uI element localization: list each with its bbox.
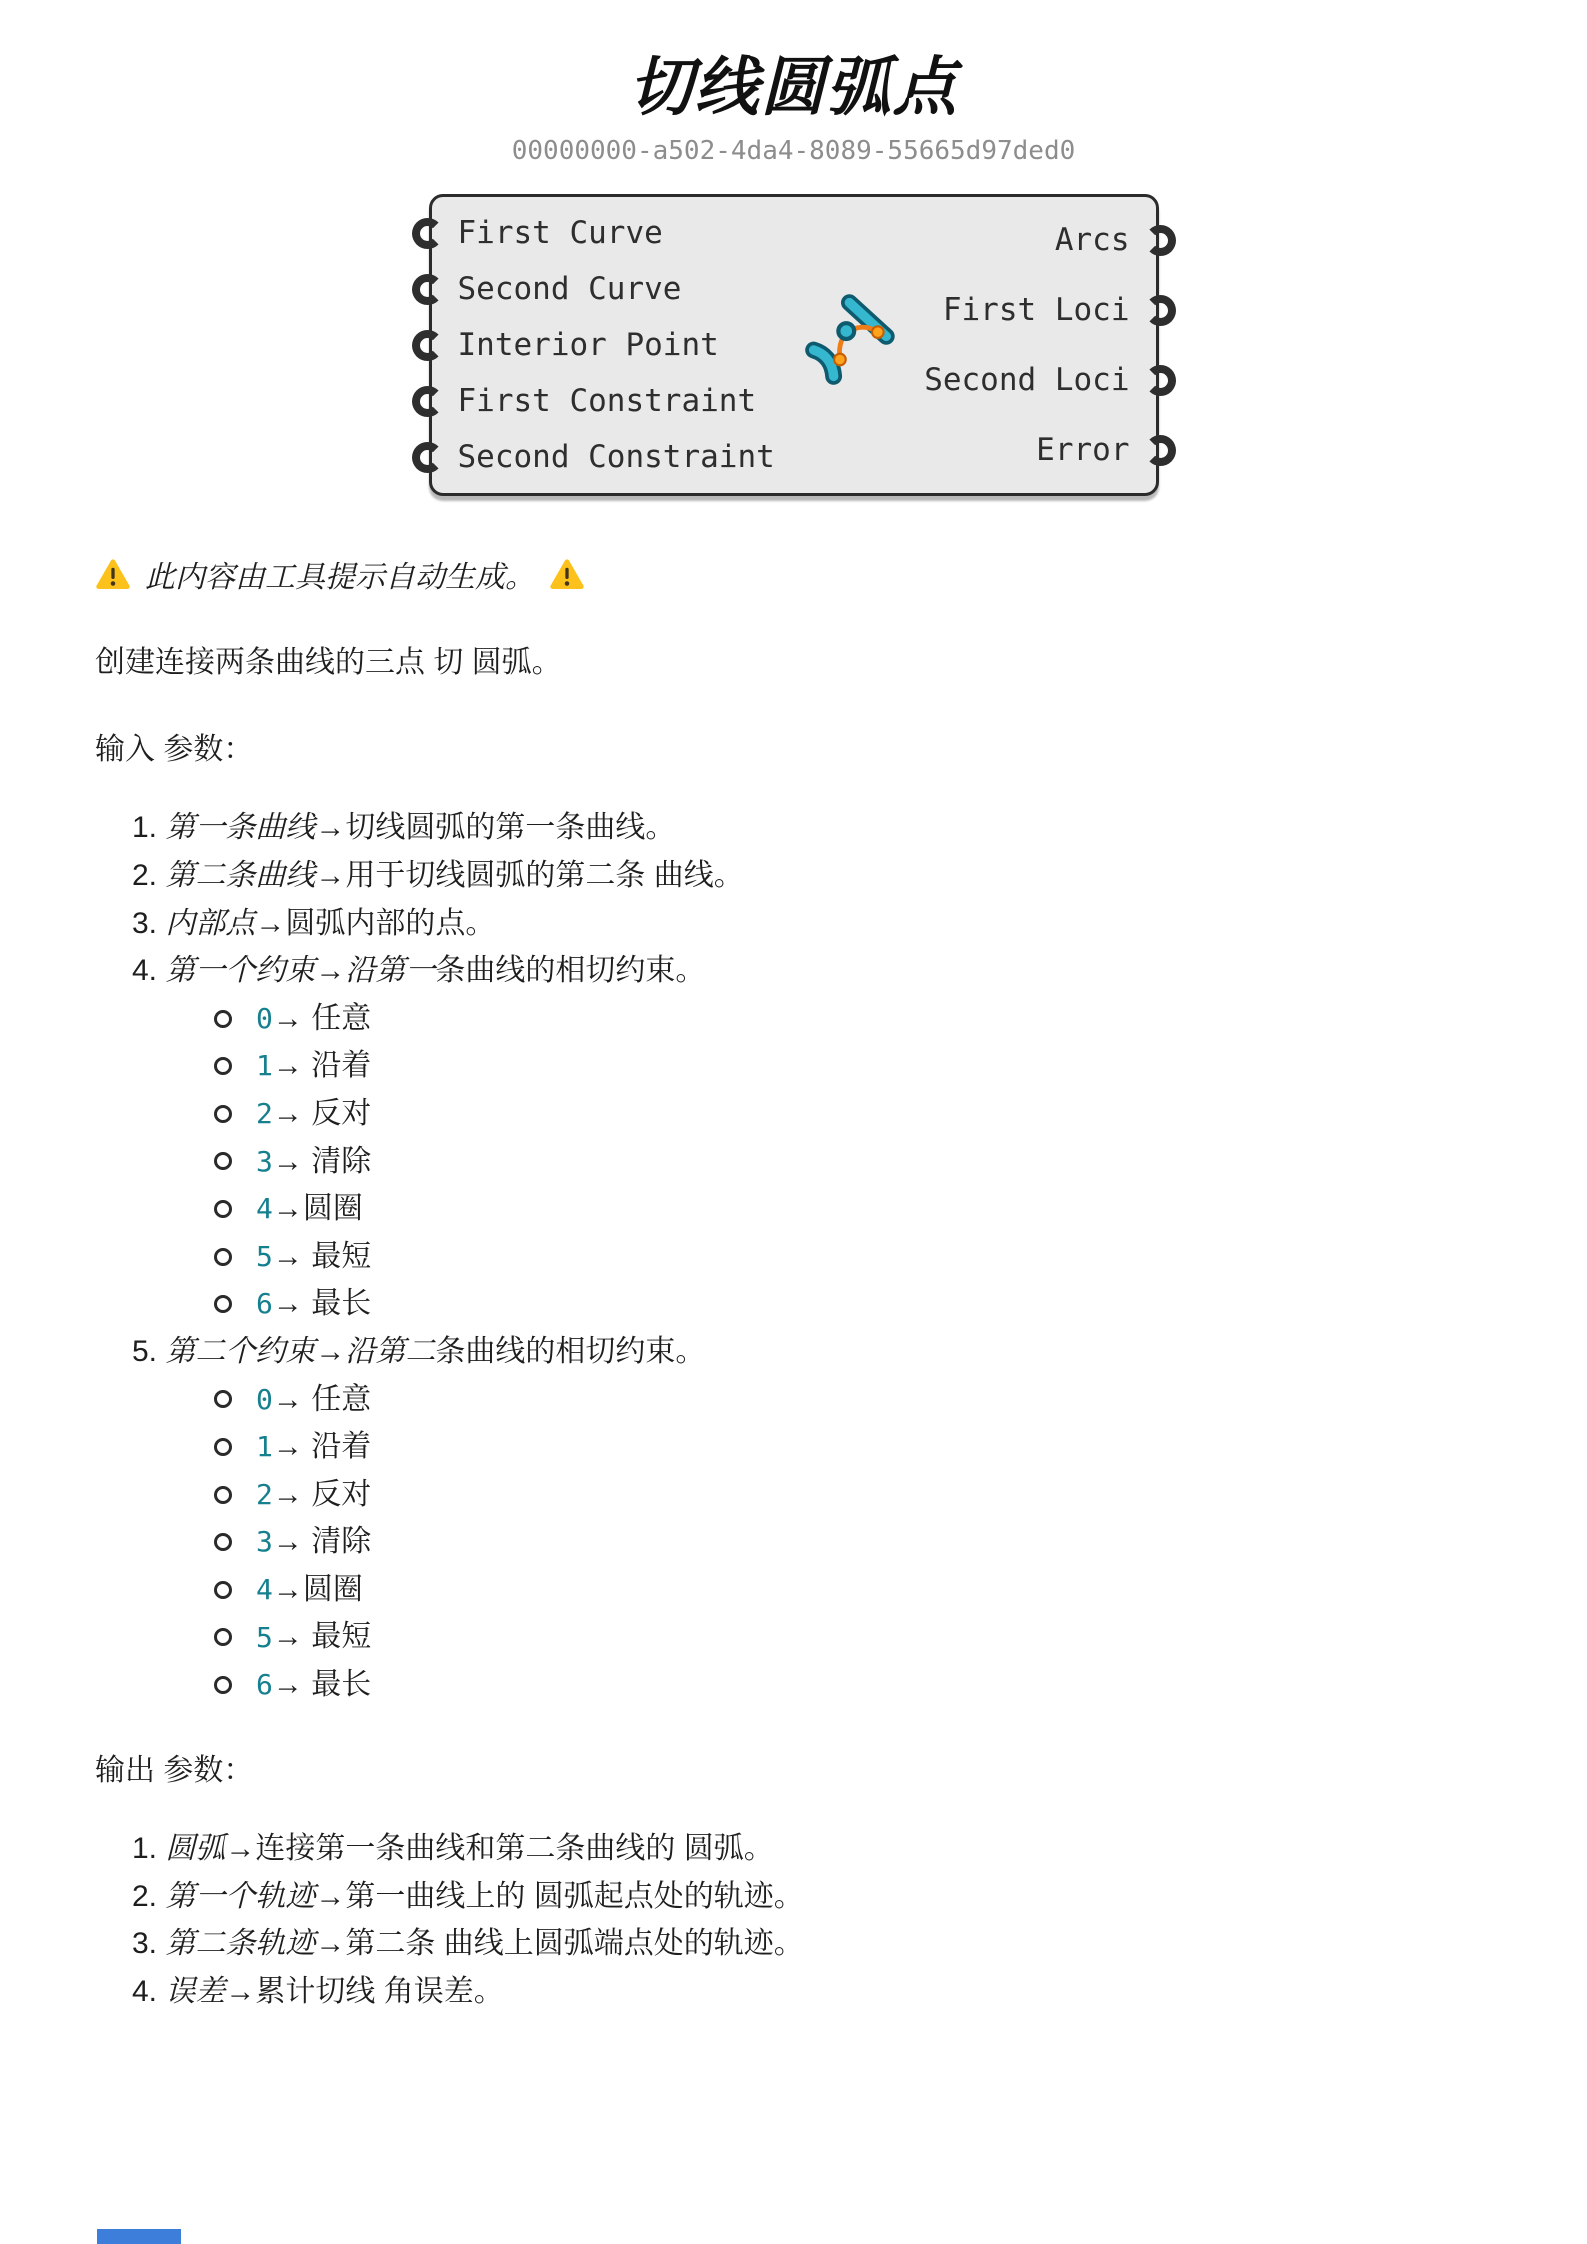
constraint-option: 0→ 任意: [214, 1383, 1492, 1417]
input-param-item: 5. 第二个约束→沿第二条曲线的相切约束。0→ 任意1→ 沿着2→ 反对3→ 清…: [132, 1335, 1492, 1702]
output-param-list: 1. 圆弧→连接第一条曲线和第二条曲线的 圆弧。2. 第一个轨迹→第一曲线上的 …: [95, 1832, 1492, 2008]
option-label: → 任意: [273, 1383, 371, 1417]
option-label: → 沿着: [273, 1049, 371, 1083]
param-name: 第二条曲线: [165, 859, 315, 892]
input-port-row: Interior Point: [458, 326, 719, 364]
param-desc: 第二条 曲线上圆弧端点处的轨迹。: [345, 1927, 803, 1960]
input-port-label: First Constraint: [458, 383, 757, 419]
constraint-option: 1→ 沿着: [214, 1049, 1492, 1083]
inputs-heading: 输入 参数：: [95, 733, 1492, 768]
circle-bullet-icon: [214, 1248, 232, 1266]
option-label: → 最短: [273, 1620, 371, 1654]
option-number: 5: [256, 1241, 273, 1272]
option-label: → 最短: [273, 1240, 371, 1274]
option-label: → 沿着: [273, 1430, 371, 1464]
param-line: 5. 第二个约束→沿第二条曲线的相切约束。: [132, 1335, 1492, 1369]
circle-bullet-icon: [214, 1295, 232, 1313]
constraint-option: 5→ 最短: [214, 1620, 1492, 1654]
input-port: [412, 442, 443, 473]
option-label: → 反对: [273, 1097, 371, 1131]
input-port-row: First Curve: [458, 214, 663, 252]
param-index: 2.: [132, 859, 165, 893]
arrow-glyph: →: [225, 1975, 255, 2008]
constraint-option-list: 0→ 任意1→ 沿着2→ 反对3→ 清除4→圆圈5→ 最短6→ 最长: [214, 1383, 1492, 1702]
circle-bullet-icon: [214, 1057, 232, 1075]
param-name: 内部点: [165, 907, 255, 940]
option-label: →圆圈: [273, 1192, 363, 1226]
input-param-item: 4. 第一个约束→沿第一条曲线的相切约束。0→ 任意1→ 沿着2→ 反对3→ 清…: [132, 954, 1492, 1321]
input-port-label: Interior Point: [458, 327, 719, 363]
constraint-option: 4→圆圈: [214, 1192, 1492, 1226]
output-param-item: 1. 圆弧→连接第一条曲线和第二条曲线的 圆弧。: [132, 1832, 1492, 1866]
option-label: → 清除: [273, 1525, 371, 1559]
param-desc: 圆弧内部的点。: [285, 907, 495, 940]
option-number: 2: [256, 1479, 273, 1510]
output-port: [1145, 225, 1176, 256]
circle-bullet-icon: [214, 1486, 232, 1504]
param-index: 2.: [132, 1880, 165, 1914]
constraint-option-list: 0→ 任意1→ 沿着2→ 反对3→ 清除4→圆圈5→ 最短6→ 最长: [214, 1002, 1492, 1321]
option-number: 4: [256, 1574, 273, 1605]
param-desc-italic: 沿第一: [345, 954, 435, 987]
input-port-label: Second Curve: [458, 271, 682, 307]
option-label: → 反对: [273, 1478, 371, 1512]
param-text: 第一个轨迹→第一曲线上的 圆弧起点处的轨迹。: [165, 1880, 803, 1914]
input-port: [412, 274, 443, 305]
input-port: [412, 218, 443, 249]
warning-icon: [549, 558, 585, 591]
param-line: 1. 第一条曲线→切线圆弧的第一条曲线。: [132, 811, 1492, 845]
param-text: 第二个约束→沿第二条曲线的相切约束。: [165, 1335, 705, 1369]
input-port-label: Second Constraint: [458, 439, 775, 475]
option-number: 1: [256, 1431, 273, 1462]
option-label: → 任意: [273, 1002, 371, 1036]
param-text: 第二条曲线→用于切线圆弧的第二条 曲线。: [165, 859, 743, 893]
arrow-glyph: →: [315, 859, 345, 892]
output-param-item: 2. 第一个轨迹→第一曲线上的 圆弧起点处的轨迹。: [132, 1880, 1492, 1914]
option-number: 6: [256, 1288, 273, 1319]
circle-bullet-icon: [214, 1676, 232, 1694]
option-label: → 最长: [273, 1287, 371, 1321]
param-index: 3.: [132, 907, 165, 941]
circle-bullet-icon: [214, 1152, 232, 1170]
circle-bullet-icon: [214, 1390, 232, 1408]
option-label: → 最长: [273, 1668, 371, 1702]
tangent-arc-three-point-icon: [801, 292, 901, 392]
constraint-option: 4→圆圈: [214, 1573, 1492, 1607]
param-line: 4. 误差→累计切线 角误差。: [132, 1975, 1492, 2009]
input-port-label: First Curve: [458, 215, 663, 251]
auto-generated-notice: 此内容由工具提示自动生成。: [95, 552, 1492, 596]
param-text: 第一个约束→沿第一条曲线的相切约束。: [165, 954, 705, 988]
param-text: 误差→累计切线 角误差。: [165, 1975, 503, 2009]
option-label: → 清除: [273, 1145, 371, 1179]
option-number: 6: [256, 1669, 273, 1700]
input-param-item: 1. 第一条曲线→切线圆弧的第一条曲线。: [132, 811, 1492, 845]
option-number: 3: [256, 1526, 273, 1557]
output-port: [1145, 435, 1176, 466]
param-name: 误差: [165, 1975, 225, 2008]
param-name: 圆弧: [165, 1832, 225, 1865]
param-index: 1.: [132, 1832, 165, 1866]
component-guid: 00000000-a502-4da4-8089-55665d97ded0: [0, 136, 1587, 166]
partial-bottom-element: [97, 2229, 181, 2244]
output-port: [1145, 295, 1176, 326]
output-port: [1145, 365, 1176, 396]
param-line: 1. 圆弧→连接第一条曲线和第二条曲线的 圆弧。: [132, 1832, 1492, 1866]
warning-icon: [95, 558, 131, 591]
param-line: 3. 第二条轨迹→第二条 曲线上圆弧端点处的轨迹。: [132, 1927, 1492, 1961]
param-desc-italic: 沿第二: [345, 1335, 435, 1368]
param-name: 第一条曲线: [165, 811, 315, 844]
output-port-label: Second Loci: [924, 362, 1129, 398]
input-param-item: 3. 内部点→圆弧内部的点。: [132, 907, 1492, 941]
input-port-row: First Constraint: [458, 382, 757, 420]
param-text: 内部点→圆弧内部的点。: [165, 907, 495, 941]
input-port-row: Second Constraint: [458, 438, 775, 476]
param-desc: 累计切线 角误差。: [255, 1975, 503, 2008]
param-desc: 用于切线圆弧的第二条 曲线。: [345, 859, 743, 892]
param-name: 第二条轨迹: [165, 1927, 315, 1960]
param-name: 第二个约束: [165, 1335, 315, 1368]
arrow-glyph: →: [315, 1927, 345, 1960]
arrow-glyph: →: [255, 907, 285, 940]
param-line: 3. 内部点→圆弧内部的点。: [132, 907, 1492, 941]
arrow-glyph: →: [315, 811, 345, 844]
component-output-column: ArcsFirst LociSecond LociError: [924, 197, 1155, 493]
component-input-column: First CurveSecond CurveInterior PointFir…: [432, 197, 775, 493]
option-number: 4: [256, 1193, 273, 1224]
input-port: [412, 330, 443, 361]
arrow-glyph: →: [225, 1832, 255, 1865]
constraint-option: 3→ 清除: [214, 1145, 1492, 1179]
constraint-option: 6→ 最长: [214, 1668, 1492, 1702]
doc-content: 此内容由工具提示自动生成。 创建连接两条曲线的三点 切 圆弧。 输入 参数： 1…: [0, 552, 1587, 2008]
param-text: 第二条轨迹→第二条 曲线上圆弧端点处的轨迹。: [165, 1927, 803, 1961]
param-name: 第一个约束: [165, 954, 315, 987]
param-desc: 条曲线的相切约束。: [435, 954, 705, 987]
output-port-label: Error: [1036, 432, 1129, 468]
output-port-label: First Loci: [943, 292, 1130, 328]
page-title: 切线圆弧点: [0, 52, 1587, 122]
circle-bullet-icon: [214, 1581, 232, 1599]
circle-bullet-icon: [214, 1105, 232, 1123]
output-param-item: 4. 误差→累计切线 角误差。: [132, 1975, 1492, 2009]
arrow-glyph: →: [315, 954, 345, 987]
component-description: 创建连接两条曲线的三点 切 圆弧。: [95, 646, 1492, 681]
circle-bullet-icon: [214, 1438, 232, 1456]
param-index: 1.: [132, 811, 165, 845]
param-desc: 切线圆弧的第一条曲线。: [345, 811, 675, 844]
option-number: 0: [256, 1003, 273, 1034]
option-number: 3: [256, 1146, 273, 1177]
gh-component-panel: First CurveSecond CurveInterior PointFir…: [429, 194, 1159, 496]
option-number: 1: [256, 1050, 273, 1081]
circle-bullet-icon: [214, 1628, 232, 1646]
param-desc: 连接第一条曲线和第二条曲线的 圆弧。: [255, 1832, 773, 1865]
param-line: 2. 第二条曲线→用于切线圆弧的第二条 曲线。: [132, 859, 1492, 893]
constraint-option: 6→ 最长: [214, 1287, 1492, 1321]
output-port-row: Arcs: [1055, 221, 1130, 259]
doc-page: 切线圆弧点 00000000-a502-4da4-8089-55665d97de…: [0, 0, 1587, 2244]
output-param-item: 3. 第二条轨迹→第二条 曲线上圆弧端点处的轨迹。: [132, 1927, 1492, 1961]
arrow-glyph: →: [315, 1880, 345, 1913]
input-port-row: Second Curve: [458, 270, 682, 308]
param-index: 4.: [132, 954, 165, 988]
input-param-list: 1. 第一条曲线→切线圆弧的第一条曲线。2. 第二条曲线→用于切线圆弧的第二条 …: [95, 811, 1492, 1701]
output-port-row: Second Loci: [924, 361, 1129, 399]
outputs-heading: 输出 参数：: [95, 1754, 1492, 1789]
param-desc: 条曲线的相切约束。: [435, 1335, 705, 1368]
param-index: 3.: [132, 1927, 165, 1961]
output-port-row: Error: [1036, 431, 1129, 469]
constraint-option: 2→ 反对: [214, 1097, 1492, 1131]
circle-bullet-icon: [214, 1200, 232, 1218]
option-label: →圆圈: [273, 1573, 363, 1607]
constraint-option: 0→ 任意: [214, 1002, 1492, 1036]
constraint-option: 3→ 清除: [214, 1525, 1492, 1559]
notice-text: 此内容由工具提示自动生成。: [145, 552, 535, 596]
output-port-label: Arcs: [1055, 222, 1130, 258]
circle-bullet-icon: [214, 1010, 232, 1028]
arrow-glyph: →: [315, 1335, 345, 1368]
output-port-row: First Loci: [943, 291, 1130, 329]
param-line: 2. 第一个轨迹→第一曲线上的 圆弧起点处的轨迹。: [132, 1880, 1492, 1914]
param-index: 5.: [132, 1335, 165, 1369]
input-port: [412, 386, 443, 417]
param-desc: 第一曲线上的 圆弧起点处的轨迹。: [345, 1880, 803, 1913]
param-name: 第一个轨迹: [165, 1880, 315, 1913]
option-number: 5: [256, 1622, 273, 1653]
param-text: 第一条曲线→切线圆弧的第一条曲线。: [165, 811, 675, 845]
option-number: 0: [256, 1384, 273, 1415]
param-line: 4. 第一个约束→沿第一条曲线的相切约束。: [132, 954, 1492, 988]
param-index: 4.: [132, 1975, 165, 2009]
param-text: 圆弧→连接第一条曲线和第二条曲线的 圆弧。: [165, 1832, 773, 1866]
input-param-item: 2. 第二条曲线→用于切线圆弧的第二条 曲线。: [132, 859, 1492, 893]
circle-bullet-icon: [214, 1533, 232, 1551]
constraint-option: 2→ 反对: [214, 1478, 1492, 1512]
constraint-option: 5→ 最短: [214, 1240, 1492, 1274]
constraint-option: 1→ 沿着: [214, 1430, 1492, 1464]
option-number: 2: [256, 1098, 273, 1129]
